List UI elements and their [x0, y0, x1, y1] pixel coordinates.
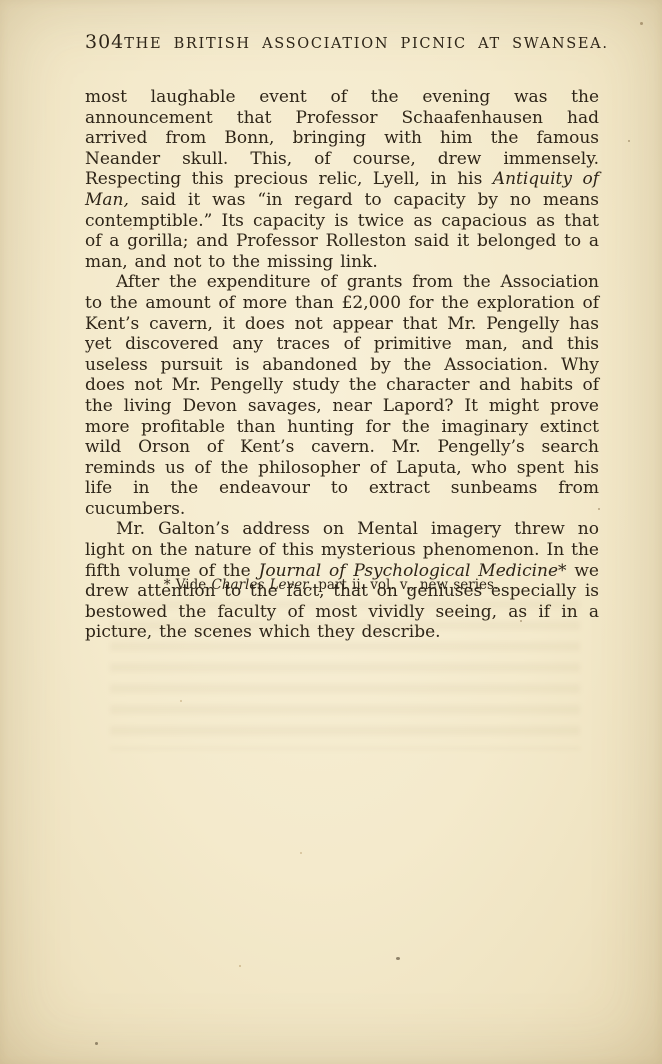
footnote: * Vide Charles Lever, part ii. vol. v., …	[0, 577, 662, 593]
page-number: 304	[85, 31, 124, 53]
text-run: After the expenditure of grants from the…	[85, 272, 599, 519]
paper-speck	[239, 965, 241, 967]
book-page: 304 THE BRITISH ASSOCIATION PICNIC AT SW…	[0, 0, 662, 1064]
running-title: THE BRITISH ASSOCIATION PICNIC AT SWANSE…	[124, 36, 608, 52]
paper-speck	[180, 700, 182, 702]
italic-text-run: Charles Lever	[212, 577, 309, 593]
paragraph: most laughable event of the evening was …	[85, 87, 599, 272]
paper-speck	[300, 852, 302, 854]
paper-speck	[95, 1042, 98, 1045]
body-text: most laughable event of the evening was …	[85, 87, 599, 643]
paper-speck	[396, 957, 400, 960]
paper-speck	[640, 22, 643, 25]
page-header: 304 THE BRITISH ASSOCIATION PICNIC AT SW…	[85, 31, 598, 53]
text-run: , part ii. vol. v., new series.	[309, 577, 499, 593]
text-run: said it was “in regard to capacity by no…	[85, 190, 599, 272]
paper-speck	[628, 140, 630, 142]
paragraph: After the expenditure of grants from the…	[85, 272, 599, 519]
text-run: * Vide	[164, 577, 212, 593]
